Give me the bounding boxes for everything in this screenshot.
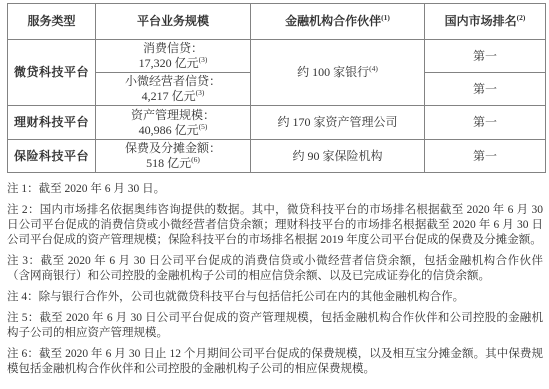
- metric-amount: 4,217 亿元: [142, 89, 196, 103]
- header-service-type: 服务类型: [8, 4, 96, 40]
- metric-value: 17,320 亿元(3): [99, 56, 247, 71]
- metric-label: 消费信贷：: [99, 41, 247, 56]
- footnote-6: 注 6：截至 2020 年 6 月 30 日止 12 个月期间公司平台促成的保费…: [7, 347, 543, 377]
- cell-rank-consumer-credit: 第一: [425, 40, 546, 73]
- table-header-row: 服务类型 平台业务规模 金融机构合作伙伴(1) 国内市场排名(2): [8, 4, 546, 40]
- metric-label: 资产管理规模：: [99, 108, 247, 123]
- cell-rank-insurance: 第一: [425, 140, 546, 173]
- partners-footnote-ref: (4): [369, 64, 378, 73]
- footnote-1: 注 1：截至 2020 年 6 月 30 日。: [7, 182, 543, 197]
- cell-partners-insurers: 约 90 家保险机构: [251, 140, 425, 173]
- cell-metric-aum: 资产管理规模： 40,986 亿元(5): [96, 106, 251, 140]
- header-label: 服务类型: [27, 14, 75, 28]
- partners-text: 约 100 家银行: [297, 65, 369, 79]
- cell-metric-consumer-credit: 消费信贷： 17,320 亿元(3): [96, 40, 251, 73]
- header-partners: 金融机构合作伙伴(1): [251, 4, 425, 40]
- metric-footnote-ref: (5): [199, 122, 208, 131]
- cell-rank-smb-credit: 第一: [425, 73, 546, 106]
- cell-partners-asset-managers: 约 170 家资产管理公司: [251, 106, 425, 140]
- header-footnote-ref: (2): [517, 13, 526, 22]
- header-market-rank: 国内市场排名(2): [425, 4, 546, 40]
- header-business-scale: 平台业务规模: [96, 4, 251, 40]
- metric-footnote-ref: (3): [199, 55, 208, 64]
- footnote-4: 注 4：除与银行合作外，公司也就微贷科技平台与包括信托公司在内的其他金融机构合作…: [7, 290, 543, 305]
- table-row-insurance: 保险科技平台 保费及分摊金额： 518 亿元(6) 约 90 家保险机构 第一: [8, 140, 546, 173]
- partners-text: 约 90 家保险机构: [292, 149, 382, 163]
- metric-amount: 17,320 亿元: [139, 56, 199, 70]
- metric-value: 4,217 亿元(3): [99, 89, 247, 104]
- header-label: 平台业务规模: [137, 14, 209, 28]
- metric-label: 保费及分摊金额：: [99, 141, 247, 156]
- table-row-consumer-credit: 微贷科技平台 消费信贷： 17,320 亿元(3) 约 100 家银行(4) 第…: [8, 40, 546, 73]
- metric-amount: 40,986 亿元: [139, 123, 199, 137]
- metric-footnote-ref: (6): [191, 155, 200, 164]
- metric-value: 40,986 亿元(5): [99, 123, 247, 138]
- metric-amount: 518 亿元: [146, 156, 191, 170]
- footnote-3: 注 3：截至 2020 年 6 月 30 日公司平台促成的消费信贷或小微经营者信…: [7, 254, 543, 284]
- cell-service-weidai: 微贷科技平台: [8, 40, 96, 106]
- header-footnote-ref: (1): [381, 13, 390, 22]
- cell-metric-premium: 保费及分摊金额： 518 亿元(6): [96, 140, 251, 173]
- cell-service-licai: 理财科技平台: [8, 106, 96, 140]
- document-page: 服务类型 平台业务规模 金融机构合作伙伴(1) 国内市场排名(2) 微贷科技平台…: [0, 0, 549, 389]
- metric-footnote-ref: (3): [196, 88, 205, 97]
- table-row-wealth: 理财科技平台 资产管理规模： 40,986 亿元(5) 约 170 家资产管理公…: [8, 106, 546, 140]
- header-label: 金融机构合作伙伴: [285, 14, 381, 28]
- metric-value: 518 亿元(6): [99, 156, 247, 171]
- header-label: 国内市场排名: [445, 14, 517, 28]
- partners-text: 约 170 家资产管理公司: [277, 115, 397, 129]
- cell-rank-wealth: 第一: [425, 106, 546, 140]
- cell-service-baoxian: 保险科技平台: [8, 140, 96, 173]
- platform-business-table: 服务类型 平台业务规模 金融机构合作伙伴(1) 国内市场排名(2) 微贷科技平台…: [7, 3, 546, 173]
- cell-metric-smb-credit: 小微经营者信贷： 4,217 亿元(3): [96, 73, 251, 106]
- footnote-5: 注 5：截至 2020 年 6 月 30 日公司平台促成的资产管理规模，包括金融…: [7, 311, 543, 341]
- metric-label: 小微经营者信贷：: [99, 74, 247, 89]
- footnote-2: 注 2：国内市场排名依据奥纬咨询提供的数据。其中，微贷科技平台的市场排名根据截至…: [7, 203, 543, 248]
- cell-partners-banks: 约 100 家银行(4): [251, 40, 425, 106]
- footnotes-section: 注 1：截至 2020 年 6 月 30 日。 注 2：国内市场排名依据奥纬咨询…: [7, 182, 543, 377]
